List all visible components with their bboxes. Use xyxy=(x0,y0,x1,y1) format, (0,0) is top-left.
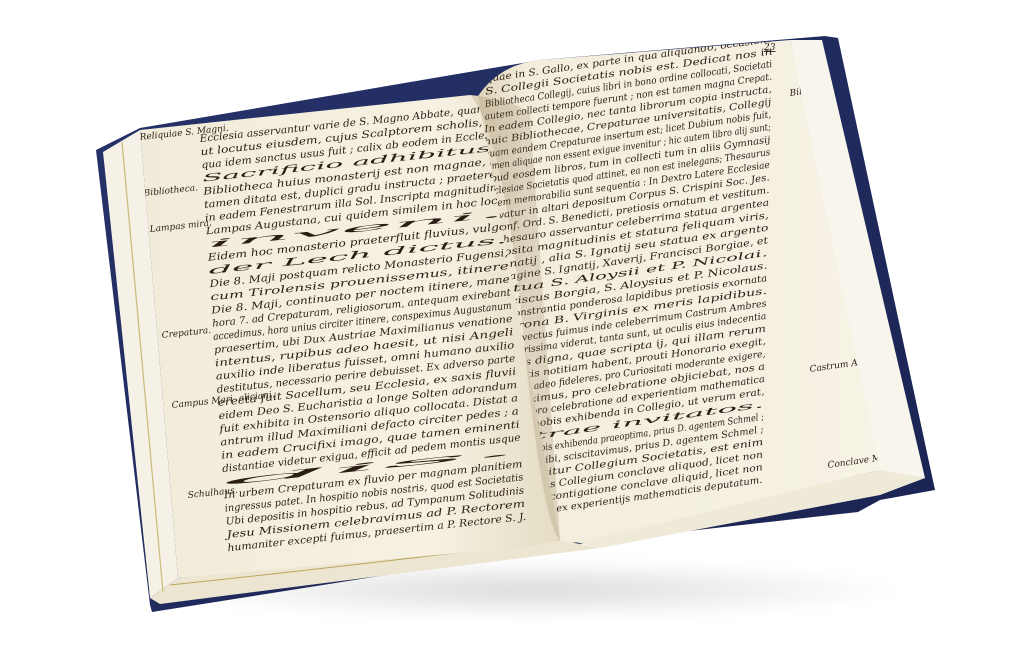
page-number: 23 xyxy=(763,43,776,53)
photo-scene: Ecclesia asservantur varie de S. Magno A… xyxy=(0,0,1024,664)
page-number: 22 xyxy=(151,115,164,125)
open-book: Ecclesia asservantur varie de S. Magno A… xyxy=(0,0,1024,664)
